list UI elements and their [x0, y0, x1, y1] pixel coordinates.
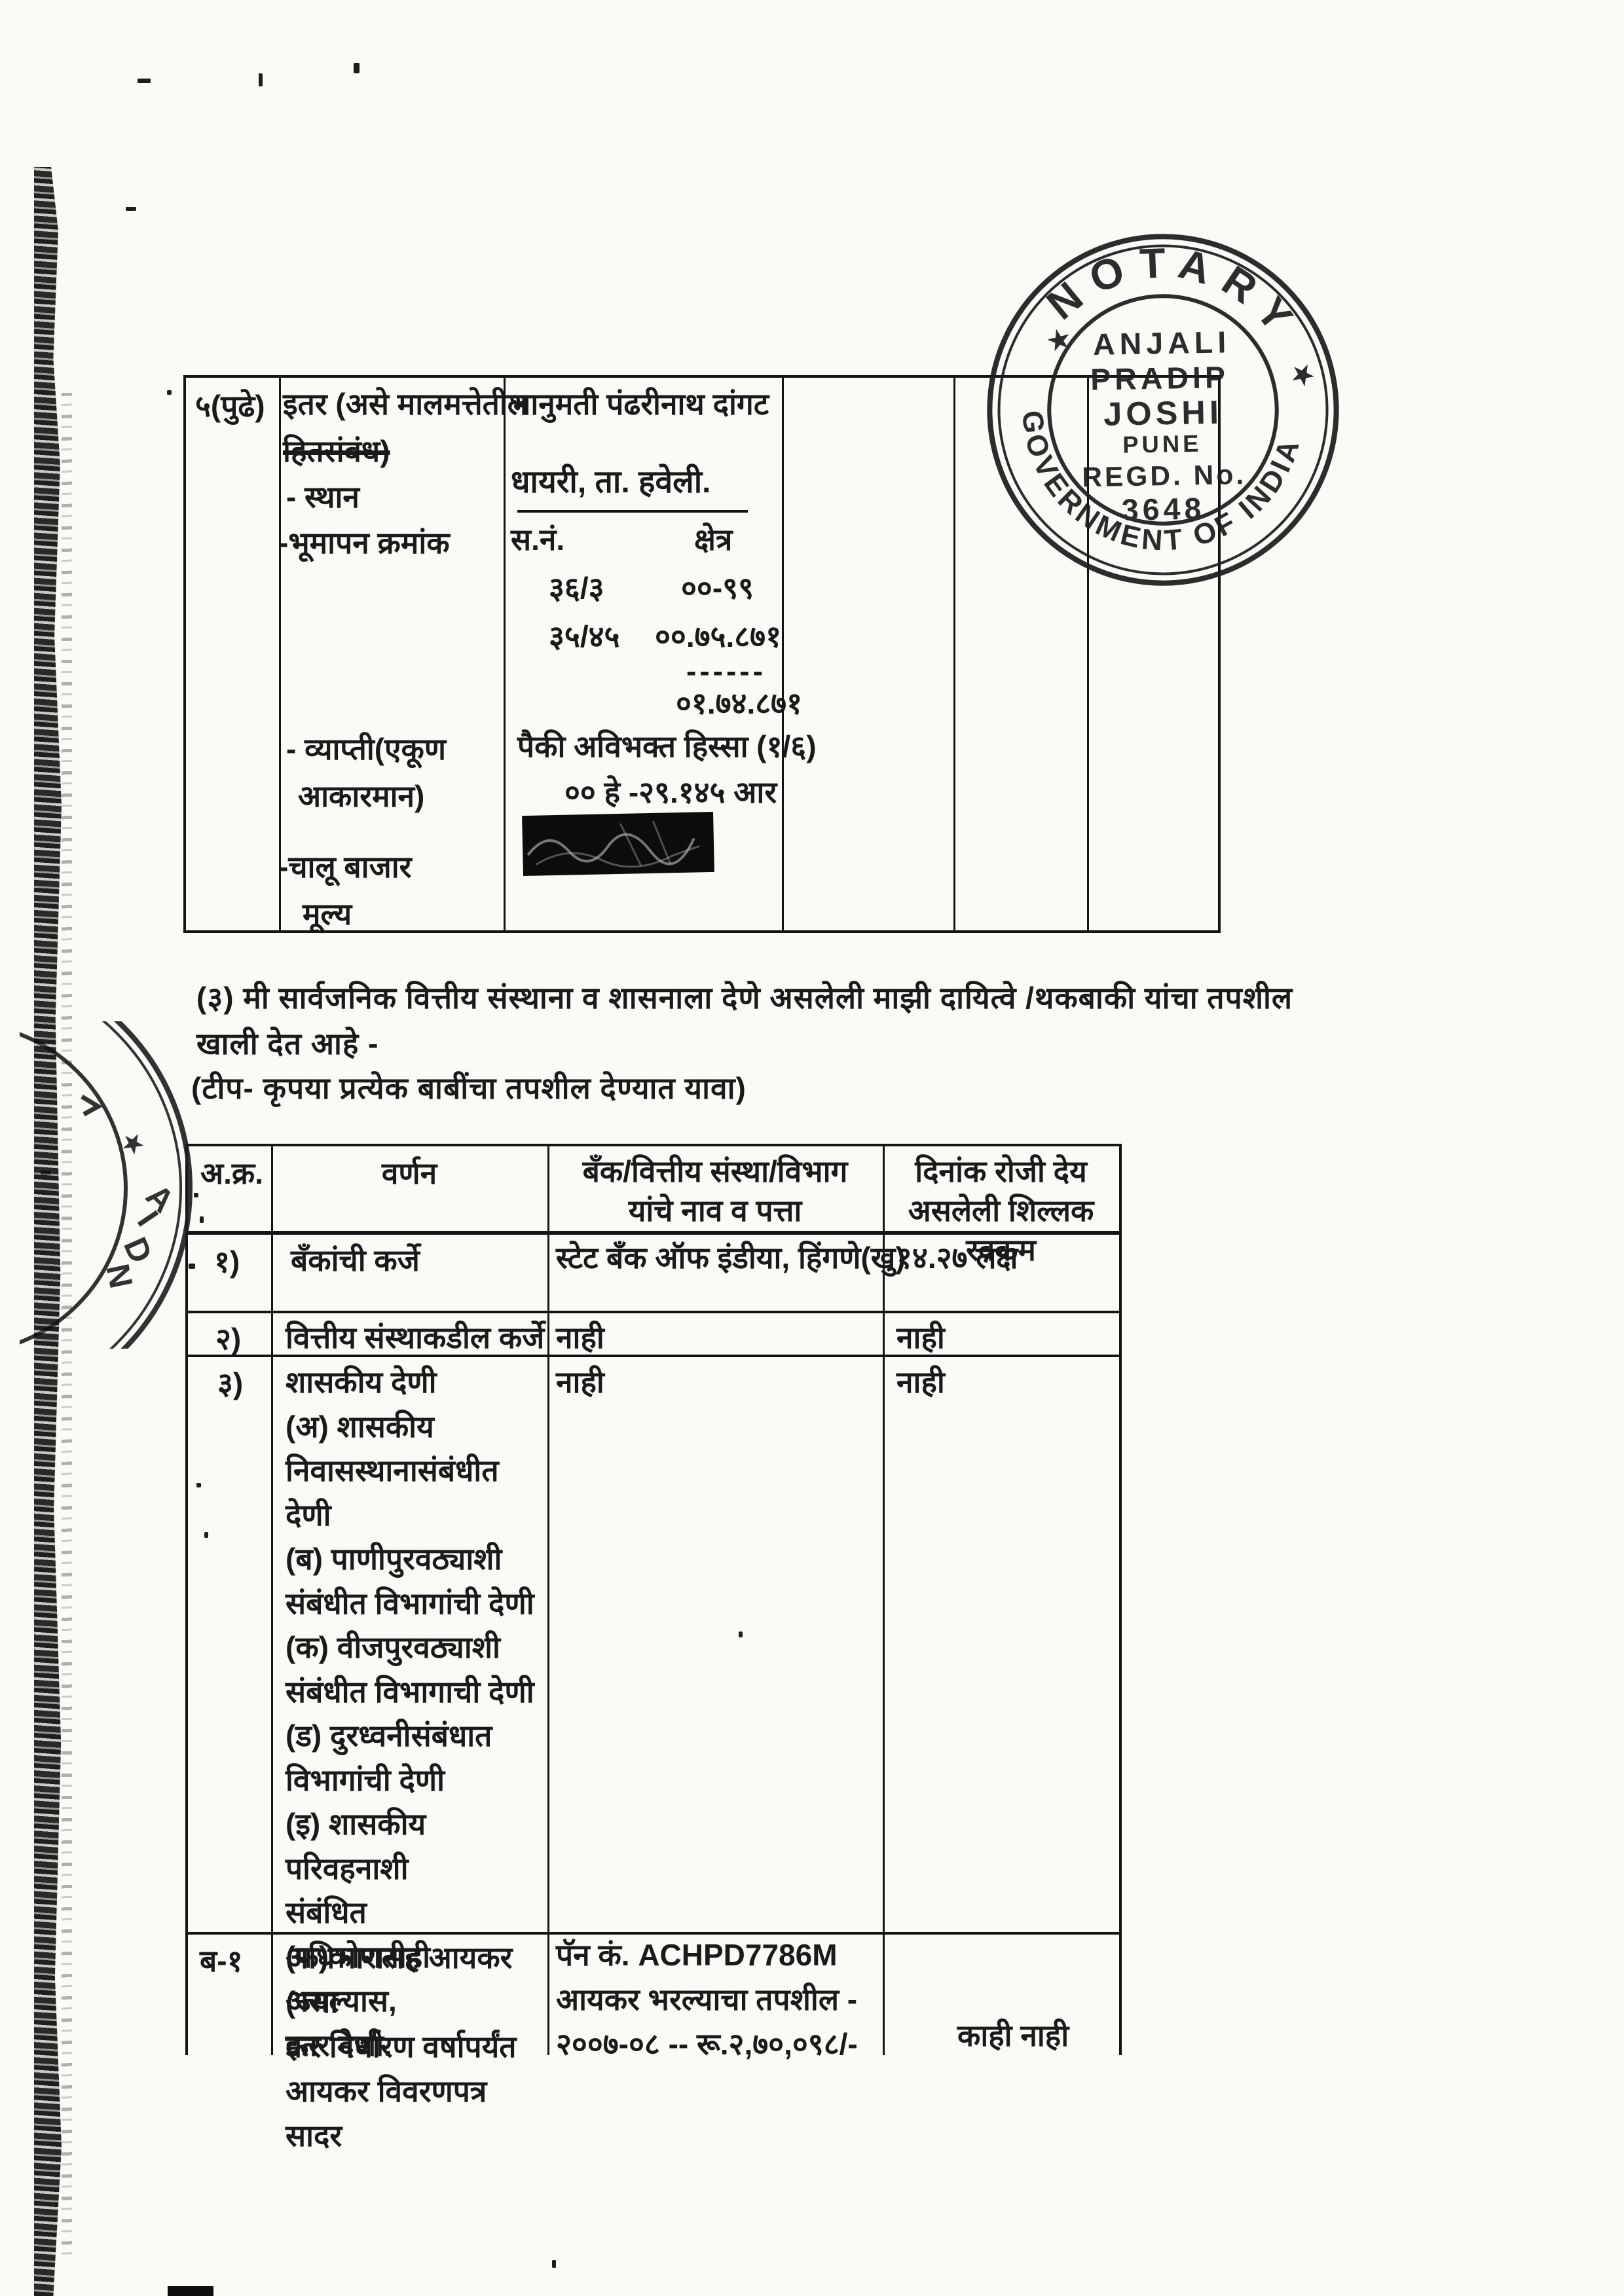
star-icon: ★: [115, 1123, 151, 1162]
row-bank: पॅन कं. ACHPD7786M आयकर भरल्याचा तपशील -…: [556, 1933, 883, 2066]
stamp-regd-line: REGD. No.: [1082, 459, 1247, 492]
table-divider: [279, 378, 281, 930]
row-amount: १४.२७ लक्ष: [896, 1236, 1018, 1280]
stamp-ink-mark: [82, 1097, 98, 1114]
scanned-document-page: ५(पुढे) इतर (असे मालमत्तेतील हितसंबंध) -…: [0, 0, 1624, 2296]
note-line: (टीप- कृपया प्रत्येक बाबींचा तपशील देण्य…: [191, 1067, 747, 1108]
star-icon: ★: [1284, 355, 1321, 395]
stray-mark: [204, 1532, 208, 1538]
table-divider: [504, 378, 506, 930]
row-bank: नाही: [556, 1316, 604, 1360]
row-amount: काही नाही: [957, 2014, 1069, 2058]
stamp-center-text: ANJALI PRADIP JOSHI PUNE REGD. No. 3648: [1079, 325, 1247, 528]
stray-mark: [194, 1193, 198, 1197]
redacted-market-value: [522, 812, 714, 876]
stray-mark: [354, 63, 360, 73]
table-divider: [883, 1146, 885, 2055]
stamp-name-line: JOSHI: [1103, 393, 1223, 433]
star-icon: ★: [1043, 321, 1076, 359]
scan-binding-edge: [34, 167, 62, 2296]
stray-mark: [223, 405, 227, 409]
row-amount: नाही: [896, 1360, 945, 1404]
declaration-paragraph-line2: खाली देत आहे -: [196, 1023, 378, 1063]
notary-stamp: NOTARY GOVERNMENT OF INDIA ★ ★ ANJALI PR…: [965, 211, 1361, 608]
row-serial: ३): [217, 1362, 243, 1406]
row-amount: नाही: [896, 1316, 945, 1360]
row-description: बँकांची कर्जे: [291, 1239, 420, 1283]
header-bank: बँक/वित्तीय संस्था/विभाग यांचे नाव व पत्…: [547, 1152, 883, 1230]
stray-mark: [739, 1631, 743, 1637]
stamp-city-line: PUNE: [1122, 430, 1202, 458]
scan-bottom-mark: [168, 2286, 213, 2296]
stray-mark: [259, 73, 263, 86]
table-divider: [188, 1311, 1119, 1313]
stray-mark: [167, 390, 172, 395]
table-divider: [547, 1146, 549, 2055]
table-divider: [953, 378, 955, 930]
stray-mark: [189, 1264, 195, 1269]
row-bank: नाही: [556, 1360, 604, 1404]
redaction-scribble: [522, 812, 714, 876]
survey-header-rule: [517, 510, 748, 513]
table-divider: [782, 378, 784, 930]
scan-speckle-strip: [62, 393, 72, 2259]
row-description: वित्तीय संस्थाकडील कर्जे: [286, 1316, 544, 1360]
header-description: वर्णन: [271, 1152, 547, 1195]
row-description: अधिभारासह आयकर (ज्या कर निर्धारण वर्षापर…: [286, 1935, 547, 2158]
declaration-paragraph-line1: (३) मी सार्वजनिक वित्तीय संस्थाना व शासन…: [196, 977, 1293, 1017]
stray-mark: [196, 1483, 201, 1487]
stray-mark: [552, 2260, 556, 2268]
stamp-name-line: ANJALI: [1093, 325, 1231, 361]
table-divider: [271, 1146, 273, 2055]
stamp-name-line: PRADIP: [1090, 360, 1230, 397]
stray-mark: [138, 79, 151, 83]
stray-mark: [200, 1216, 204, 1223]
row-bank: स्टेट बँक ऑफ इंडीया, हिंगणे(खु): [556, 1236, 906, 1280]
stray-mark: [126, 207, 136, 211]
liability-table: अ.क्र. वर्णन बँक/वित्तीय संस्था/विभाग या…: [185, 1144, 1122, 2055]
row-serial: ब-१: [200, 1939, 243, 1983]
stamp-regd-number: 3648: [1121, 492, 1205, 527]
